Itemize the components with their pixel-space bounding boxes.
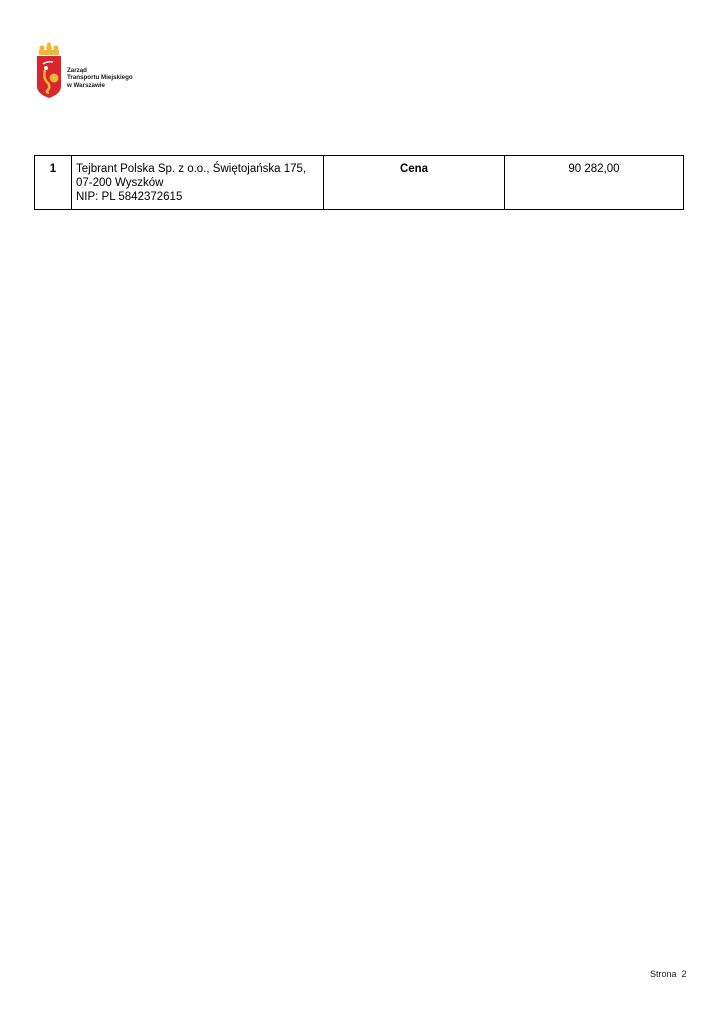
table-row: 1 Tejbrant Polska Sp. z o.o., Świętojańs…: [35, 156, 684, 210]
logo-line-2: Transportu Miejskiego: [67, 74, 133, 81]
shield-icon: [37, 56, 61, 98]
company-nip: NIP: PL 5842372615: [76, 190, 319, 204]
company-name-address: Tejbrant Polska Sp. z o.o., Świętojańska…: [76, 162, 319, 176]
warsaw-coat-of-arms-icon: [34, 42, 64, 98]
crown-icon: [38, 42, 60, 56]
ztm-logo: Zarząd Transportu Miejskiego w Warszawie: [34, 42, 133, 98]
company-cell: Tejbrant Polska Sp. z o.o., Świętojańska…: [72, 156, 324, 210]
logo-line-3: w Warszawie: [67, 82, 133, 89]
offers-table: 1 Tejbrant Polska Sp. z o.o., Świętojańs…: [34, 155, 684, 210]
logo-text: Zarząd Transportu Miejskiego w Warszawie: [67, 67, 133, 89]
criterion-cell: Cena: [324, 156, 505, 210]
page-number: Strona 2: [650, 969, 687, 979]
company-city: 07-200 Wyszków: [76, 176, 319, 190]
logo-line-1: Zarząd: [67, 67, 133, 74]
offer-number: 1: [35, 156, 72, 210]
value-cell: 90 282,00: [505, 156, 684, 210]
